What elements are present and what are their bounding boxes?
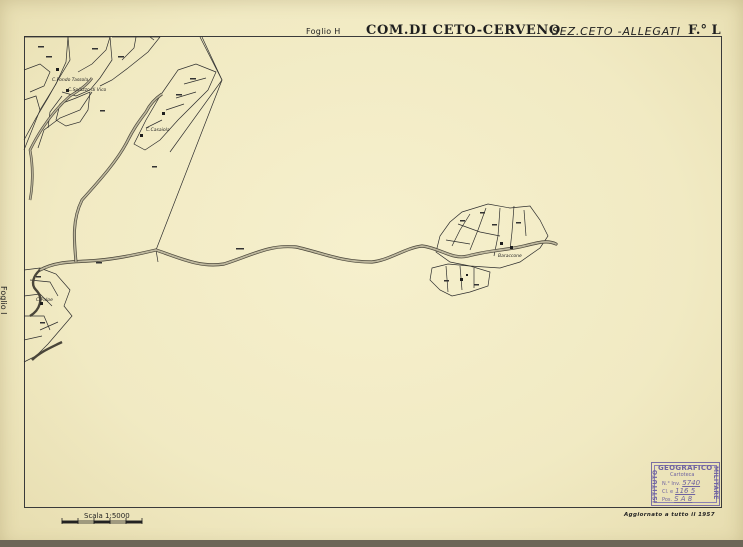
stamp-class: Cl. e116 5 [662,487,695,495]
stamp-subtitle: Cartoteca [670,472,694,478]
stamp-left-vertical: ISTITUTO [652,470,659,503]
boundary-line-east [156,37,222,250]
stamp-position-label: Pos. [662,497,672,503]
stamp-position: Pos.S A 8 [662,495,692,503]
main-road [40,242,556,270]
branch-road [30,78,162,360]
stamp-position-value: S A 8 [674,495,692,503]
place-label: C.Fondo Tassola [52,78,88,83]
stamp-title: GEOGRAFICO [658,464,713,472]
update-note: Aggiornato a tutto il 1957 [624,512,715,518]
building-markers [40,68,513,305]
stamp-inventory-value: 5740 [682,479,700,487]
adjacent-sheet-label-left: Foglio I [0,286,8,315]
place-label: Baraccone [498,254,522,259]
place-label: C.Spiazzo di Vico [68,88,106,93]
stamp-class-value: 116 5 [675,487,695,495]
place-label: C.Casaiola [146,128,170,133]
place-label: C.Palpe [36,298,53,303]
stamp-right-vertical: MILITARE [712,466,719,500]
parcel-number-marks [36,46,521,324]
parcels-east-village [430,204,548,296]
scale-label: Scala 1:5000 [84,512,130,520]
archive-stamp: GEOGRAFICO Cartoteca ISTITUTO MILITARE N… [651,462,720,506]
stamp-inventory: N.° Inv.5740 [662,479,700,487]
cadastral-map-drawing [0,0,743,547]
